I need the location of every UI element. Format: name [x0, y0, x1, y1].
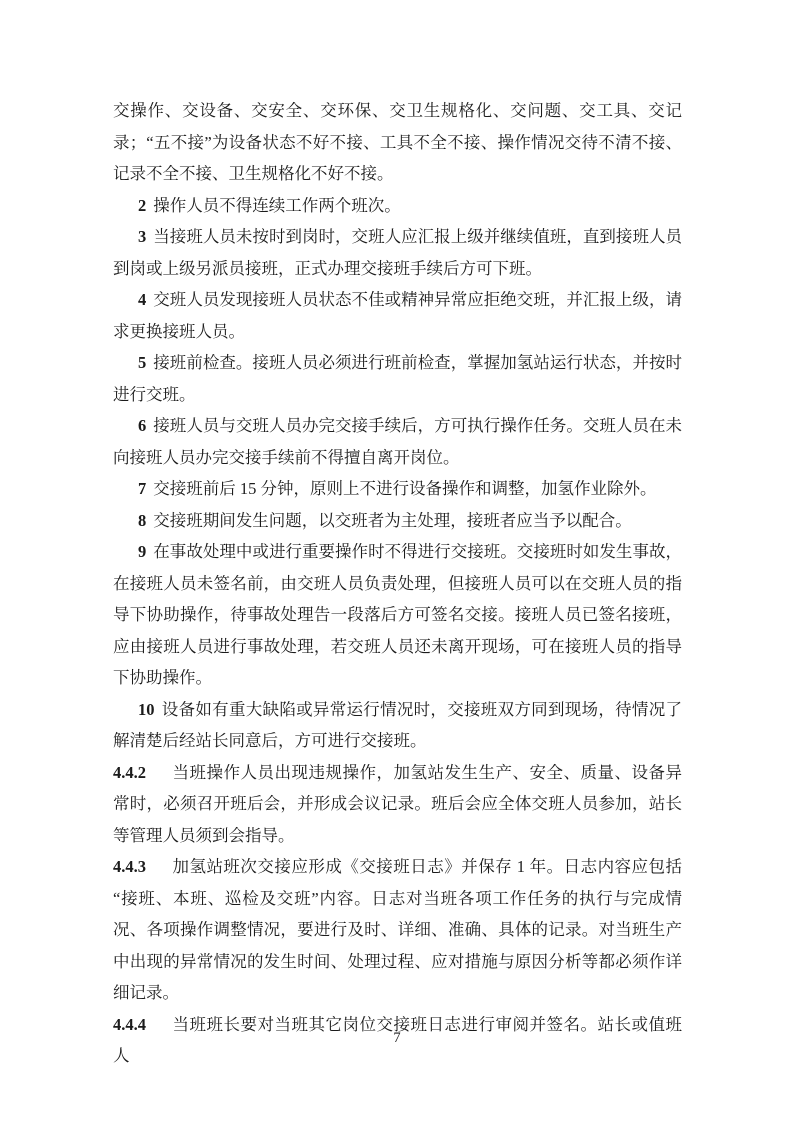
- paragraph: 7交接班前后 15 分钟，原则上不进行设备操作和调整，加氢作业除外。: [113, 473, 682, 505]
- paragraph-text: 当接班人员未按时到岗时，交班人应汇报上级并继续值班，直到接班人员到岗或上级另派员…: [113, 227, 682, 278]
- document-page: 交操作、交设备、交安全、交环保、交卫生规格化、交问题、交工具、交记录；“五不接”…: [0, 0, 794, 1123]
- item-number: 3: [138, 227, 146, 246]
- paragraph: 10设备如有重大缺陷或异常运行情况时，交接班双方同到现场，待情况了解清楚后经站长…: [113, 694, 682, 757]
- paragraph: 8交接班期间发生问题，以交班者为主处理，接班者应当予以配合。: [113, 505, 682, 537]
- paragraph-text: 交接班期间发生问题，以交班者为主处理，接班者应当予以配合。: [153, 511, 632, 530]
- paragraph: 交操作、交设备、交安全、交环保、交卫生规格化、交问题、交工具、交记录；“五不接”…: [113, 95, 682, 190]
- paragraph: 5接班前检查。接班人员必须进行班前检查，掌握加氢站运行状态，并按时进行交班。: [113, 347, 682, 410]
- paragraph-text: 接班人员与交班人员办完交接手续后，方可执行操作任务。交班人员在未向接班人员办完交…: [113, 416, 682, 467]
- paragraph: 4.4.2当班操作人员出现违规操作，加氢站发生生产、安全、质量、设备异常时，必须…: [113, 757, 682, 852]
- paragraph-text: 加氢站班次交接应形成《交接班日志》并保存 1 年。日志内容应包括“接班、本班、巡…: [113, 857, 682, 1002]
- paragraph-text: 操作人员不得连续工作两个班次。: [153, 196, 401, 215]
- item-number: 8: [138, 511, 146, 530]
- document-body: 交操作、交设备、交安全、交环保、交卫生规格化、交问题、交工具、交记录；“五不接”…: [113, 95, 682, 1072]
- paragraph-text: 交接班前后 15 分钟，原则上不进行设备操作和调整，加氢作业除外。: [153, 479, 656, 498]
- paragraph: 4.4.3加氢站班次交接应形成《交接班日志》并保存 1 年。日志内容应包括“接班…: [113, 851, 682, 1009]
- page-number: 7: [0, 1028, 794, 1048]
- item-number: 6: [138, 416, 146, 435]
- paragraph-text: 在事故处理中或进行重要操作时不得进行交接班。交接班时如发生事故，在接班人员未签名…: [113, 542, 682, 687]
- paragraph: 9在事故处理中或进行重要操作时不得进行交接班。交接班时如发生事故，在接班人员未签…: [113, 536, 682, 694]
- item-number: 4: [138, 290, 146, 309]
- item-number: 7: [138, 479, 146, 498]
- paragraph-text: 设备如有重大缺陷或异常运行情况时，交接班双方同到现场，待情况了解清楚后经站长同意…: [113, 700, 682, 751]
- paragraph: 3当接班人员未按时到岗时，交班人应汇报上级并继续值班，直到接班人员到岗或上级另派…: [113, 221, 682, 284]
- section-number: 4.4.3: [113, 857, 146, 876]
- paragraph: 4交班人员发现接班人员状态不佳或精神异常应拒绝交班，并汇报上级，请求更换接班人员…: [113, 284, 682, 347]
- paragraph-text: 接班前检查。接班人员必须进行班前检查，掌握加氢站运行状态，并按时进行交班。: [113, 353, 682, 404]
- paragraph-text: 交操作、交设备、交安全、交环保、交卫生规格化、交问题、交工具、交记录；“五不接”…: [113, 101, 682, 183]
- item-number: 9: [138, 542, 146, 561]
- item-number: 10: [138, 700, 155, 719]
- item-number: 2: [138, 196, 146, 215]
- paragraph: 6接班人员与交班人员办完交接手续后，方可执行操作任务。交班人员在未向接班人员办完…: [113, 410, 682, 473]
- paragraph-text: 交班人员发现接班人员状态不佳或精神异常应拒绝交班，并汇报上级，请求更换接班人员。: [113, 290, 682, 341]
- paragraph: 2操作人员不得连续工作两个班次。: [113, 190, 682, 222]
- paragraph-text: 当班操作人员出现违规操作，加氢站发生生产、安全、质量、设备异常时，必须召开班后会…: [113, 763, 682, 845]
- item-number: 5: [138, 353, 146, 372]
- section-number: 4.4.2: [113, 763, 146, 782]
